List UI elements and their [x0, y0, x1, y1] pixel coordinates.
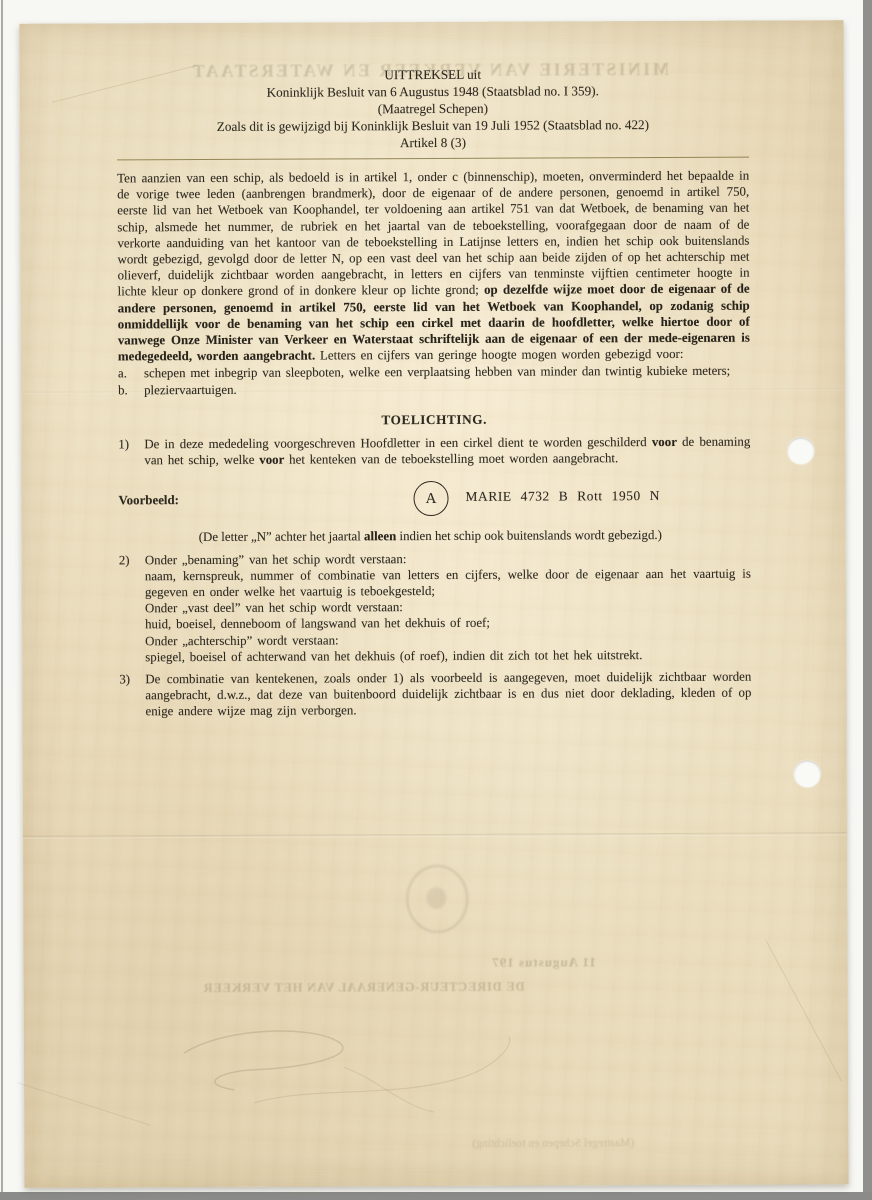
note-bold: alleen: [364, 530, 396, 544]
list-marker: a.: [118, 366, 144, 382]
corner-crease: [17, 1082, 151, 1126]
toelichting-item-2: 2) Onder „benaming” van het schip wordt …: [119, 549, 751, 665]
note-segment: indien het schip ook buitenslands wordt …: [396, 528, 662, 543]
punch-hole: [794, 760, 821, 787]
example-row: Voorbeeld: A MARIE 4732 B Rott 1950 N: [118, 478, 750, 523]
list-item: b. pleziervaartuigen.: [118, 379, 750, 398]
faint-signature-scribble: [164, 1007, 545, 1139]
definition-text: spiegel, boeisel of achterwand van het d…: [145, 646, 751, 665]
item-text: Onder „benaming” van het schip wordt ver…: [145, 549, 751, 665]
scanner-edge-right: [863, 0, 872, 1200]
item-text: De combinatie van kentekenen, zoals onde…: [145, 669, 751, 720]
toelichting-heading: TOELICHTING.: [118, 410, 750, 429]
paragraph-segment: Letters en cijfers van geringe hoogte mo…: [315, 347, 683, 363]
faint-stamp-impression: [406, 865, 468, 933]
fold-crease: [23, 832, 847, 839]
list-item-text: pleziervaartuigen.: [144, 379, 750, 398]
definition-text: naam, kernspreuk, nummer of combinatie v…: [145, 565, 751, 600]
item-text-bold: voor: [652, 435, 677, 449]
bleedthrough-date-line: 11 Augustus 197: [394, 954, 694, 971]
note-segment: (De letter „N” achter het jaartal: [199, 530, 364, 545]
printed-text-block: UITTREKSEL uit Koninklijk Besluit van 6 …: [117, 65, 752, 720]
toelichting-item-1: 1) De in deze mededeling voorgeschreven …: [118, 434, 750, 469]
corner-crease: [765, 940, 842, 1081]
punch-hole: [787, 437, 814, 464]
scanner-edge-bottom: [0, 1192, 872, 1200]
example-label: Voorbeeld:: [119, 493, 179, 509]
example-circle: A: [413, 481, 448, 516]
toelichting-item-3: 3) De combinatie van kentekenen, zoals o…: [119, 669, 751, 720]
exception-list: a. schepen met inbegrip van sleepboten, …: [118, 363, 750, 398]
item-text-segment: De in deze mededeling voorgeschreven Hoo…: [144, 435, 652, 451]
article-number: Artikel 8 (3): [117, 133, 749, 153]
scanner-edge-left: [1, 0, 3, 1200]
paragraph-segment: Ten aanzien van een schip, als bedoeld i…: [117, 169, 749, 299]
bleedthrough-bottom-line: (Maatregel Schepen en toelichting): [154, 1137, 634, 1151]
header-divider: [117, 157, 749, 161]
example-registration-text: MARIE 4732 B Rott 1950 N: [465, 488, 660, 505]
item-marker: 2): [119, 552, 145, 666]
item-text: De in deze mededeling voorgeschreven Hoo…: [144, 434, 750, 469]
main-paragraph: Ten aanzien van een schip, als bedoeld i…: [117, 168, 750, 365]
letter-n-note: (De letter „N” achter het jaartal alleen…: [119, 527, 751, 546]
item-text-bold: voor: [259, 453, 284, 467]
circle-letter: A: [426, 491, 437, 507]
bleedthrough-signer-line: DE DIRECTEUR-GENERAAL VAN HET VERKEER: [154, 979, 574, 996]
item-marker: 1): [118, 436, 144, 469]
list-marker: b.: [118, 382, 144, 398]
item-text-segment: het kenteken van de teboekstelling moet …: [284, 451, 618, 466]
stamp-center-mark: [426, 887, 446, 909]
item-marker: 3): [119, 671, 145, 720]
document-page: MINISTERIE VAN VERKEER EN WATERSTAAT 11 …: [19, 20, 848, 1188]
